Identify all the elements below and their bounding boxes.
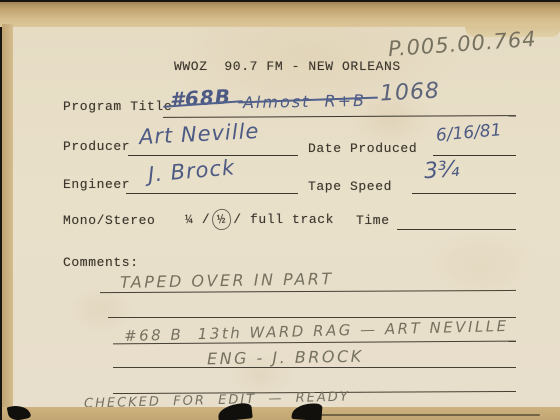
comments-rule-4 <box>113 367 516 368</box>
track-separator: / <box>202 212 210 227</box>
card-top-edge <box>0 2 560 27</box>
card-left-edge <box>2 24 13 414</box>
time-label: Time <box>356 213 390 228</box>
station-header: WWOZ 90.7 FM - NEW ORLEANS <box>174 59 401 74</box>
tape-speed-value: 3¾ <box>423 157 460 184</box>
mono-stereo-label: Mono/Stereo <box>63 213 155 228</box>
producer-label: Producer <box>63 139 130 154</box>
track-option-quarter: ¼ <box>185 212 202 227</box>
time-line <box>397 229 516 230</box>
engineer-label: Engineer <box>63 177 130 192</box>
scanned-tape-log-card: WWOZ 90.7 FM - NEW ORLEANS P.005.00.764 … <box>0 0 560 420</box>
program-title-label: Program Title <box>63 99 172 114</box>
track-separator-2: / <box>233 212 250 227</box>
engineer-line <box>126 193 298 194</box>
tape-speed-label: Tape Speed <box>308 179 392 194</box>
track-option-half: ½ <box>217 211 227 227</box>
comments-line-4: ENG - J. BROCK <box>207 347 364 369</box>
producer-line <box>128 155 298 156</box>
cutoff-ink-mark-4 <box>320 414 540 416</box>
date-produced-line <box>433 155 516 156</box>
track-option-half-circled: ½ <box>211 208 233 231</box>
date-produced-label: Date Produced <box>308 141 417 156</box>
comments-label: Comments: <box>63 255 139 270</box>
track-option-full: full track <box>250 212 334 227</box>
program-title-crossed-entry-1: #68B <box>169 84 231 111</box>
comments-line-1: TAPED OVER IN PART <box>120 269 334 292</box>
track-options-row: ¼ / ½ / full track <box>185 209 334 230</box>
tape-speed-line <box>412 193 516 194</box>
program-title-value: 1068 <box>379 78 440 106</box>
